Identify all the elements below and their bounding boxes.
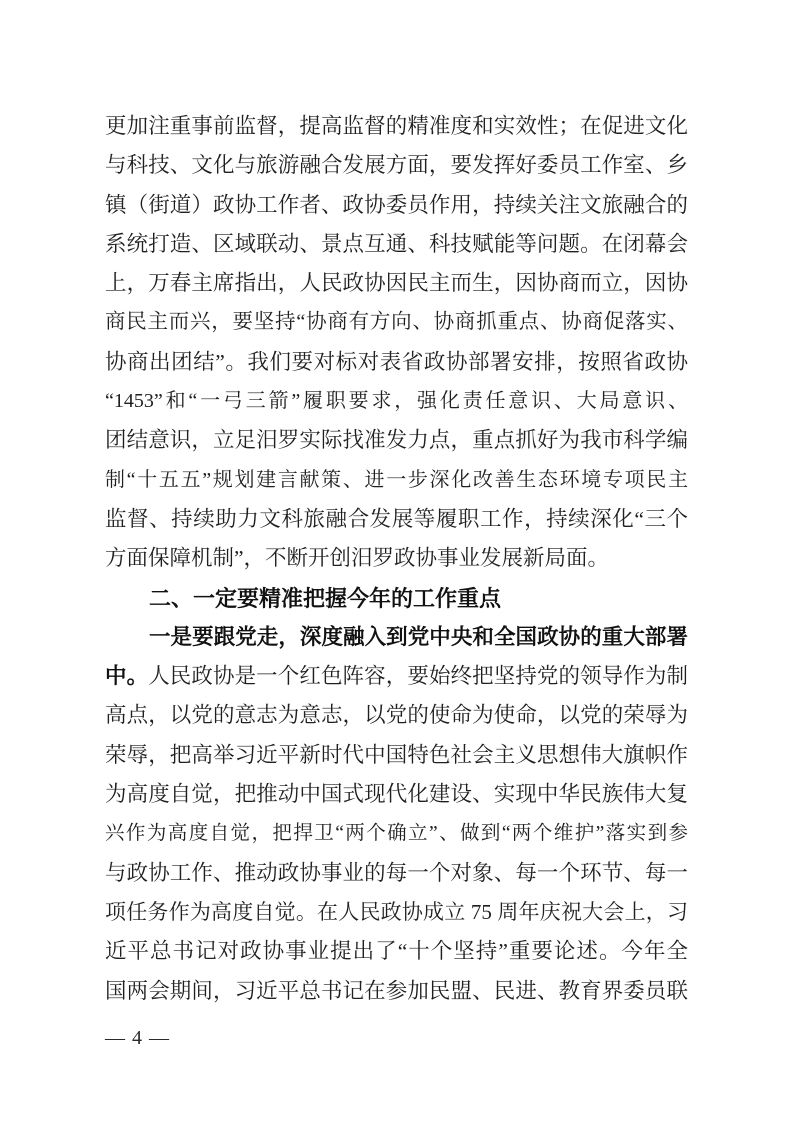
text-line: 国两会期间，习近平总书记在参加民盟、民进、教育界委员联 bbox=[105, 972, 688, 1011]
emphasis-lead: 中。 bbox=[105, 664, 148, 688]
text-line: 系统打造、区域联动、景点互通、科技赋能等问题。在闭幕会 bbox=[105, 225, 688, 264]
text-line: 高点，以党的意志为意志，以党的使命为使命，以党的荣辱为 bbox=[105, 696, 688, 735]
text-line: 监督、持续助力文科旅融合发展等履职工作，持续深化“三个 bbox=[105, 500, 688, 539]
text-line: 荣辱，把高举习近平新时代中国特色社会主义思想伟大旗帜作 bbox=[105, 736, 688, 775]
text-line: 与政协工作、推动政协事业的每一个对象、每一个环节、每一 bbox=[105, 854, 688, 893]
emphasis-lead-line: 一是要跟党走，深度融入到党中央和全国政协的重大部署 bbox=[105, 618, 688, 657]
text-line: 项任务作为高度自觉。在人民政协成立 75 周年庆祝大会上，习 bbox=[105, 893, 688, 932]
text-line: 与科技、文化与旅游融合发展方面，要发挥好委员工作室、乡 bbox=[105, 146, 688, 185]
text-line: 商民主而兴，要坚持“协商有方向、协商抓重点、协商促落实、 bbox=[105, 303, 688, 342]
text-line: 上，万春主席指出，人民政协因民主而生，因协商而立，因协 bbox=[105, 264, 688, 303]
text-line: 近平总书记对政协事业提出了“十个坚持”重要论述。今年全 bbox=[105, 932, 688, 971]
text-line: 协商出团结”。我们要对标对表省政协部署安排，按照省政协 bbox=[105, 343, 688, 382]
document-page: 更加注重事前监督，提高监督的精准度和实效性；在促进文化 与科技、文化与旅游融合发… bbox=[0, 0, 793, 1122]
text-line: 更加注重事前监督，提高监督的精准度和实效性；在促进文化 bbox=[105, 107, 688, 146]
text-line: 为高度自觉，把推动中国式现代化建设、实现中华民族伟大复 bbox=[105, 775, 688, 814]
page-body: 更加注重事前监督，提高监督的精准度和实效性；在促进文化 与科技、文化与旅游融合发… bbox=[105, 107, 688, 1011]
page-number: — 4 — bbox=[105, 1026, 170, 1050]
text-line: 中。人民政协是一个红色阵容，要始终把坚持党的领导作为制 bbox=[105, 657, 688, 696]
text-line: 方面保障机制”，不断开创汨罗政协事业发展新局面。 bbox=[105, 539, 688, 578]
text-line: 兴作为高度自觉，把捍卫“两个确立”、做到“两个维护”落实到参 bbox=[105, 814, 688, 853]
text-run: 人民政协是一个红色阵容，要始终把坚持党的领导作为制 bbox=[148, 664, 688, 688]
section-heading: 二、一定要精准把握今年的工作重点 bbox=[105, 579, 688, 618]
text-line: 团结意识，立足汨罗实际找准发力点，重点抓好为我市科学编 bbox=[105, 421, 688, 460]
text-line: 镇（街道）政协工作者、政协委员作用，持续关注文旅融合的 bbox=[105, 186, 688, 225]
text-line: “1453”和“一弓三箭”履职要求，强化责任意识、大局意识、 bbox=[105, 382, 688, 421]
text-line: 制“十五五”规划建言献策、进一步深化改善生态环境专项民主 bbox=[105, 461, 688, 500]
